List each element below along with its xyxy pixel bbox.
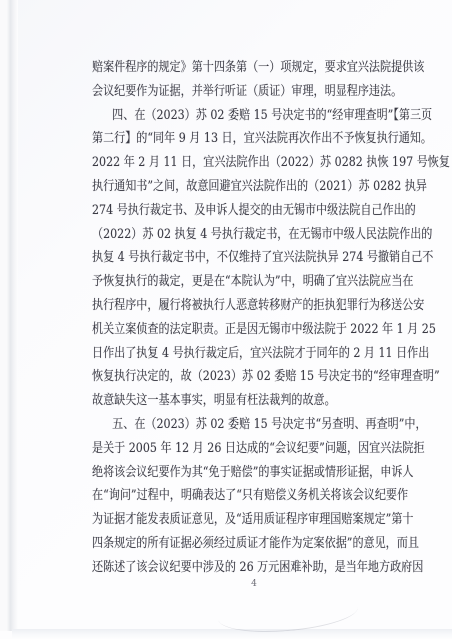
text-line: 会议纪要作为证据，并举行听证（质证）审理，明显程序违法。 (92, 80, 378, 104)
text-line: 日作出了执复 4 号执行裁定后，宜兴法院才于同年的 2 月 11 日作出 (92, 342, 378, 366)
text-line: 2022 年 2 月 11 日，宜兴法院作出（2022）苏 0282 执恢 19… (92, 151, 378, 175)
text-line: 执复 4 号执行裁定书中，不仅维持了宜兴法院执异 274 号撤销自己不 (92, 246, 378, 270)
text-line: 四条规定的所有证据必须经过质证才能作为定案依据”的意见，而且 (92, 532, 378, 556)
text-line: 还陈述了该会议纪要中涉及的 26 万元困难补助，是当年地方政府因 (92, 556, 378, 580)
text-line: 绝将该会议纪要作为其“免于赔偿”的事实证据或情形证据，申诉人 (92, 461, 378, 485)
text-line: 274 号执行裁定书、及申诉人提交的由无锡市中级法院自己作出的 (92, 199, 378, 223)
text-line: 恢复执行决定的，故（2023）苏 02 委赔 15 号决定书的“经审理查明” (92, 365, 378, 389)
text-line: 在“询问”过程中，明确表达了“只有赔偿义务机关将该会议纪要作 (92, 484, 378, 508)
text-line: 执行程序中，履行将被执行人恶意转移财产的拒执犯罪行为移送公安 (92, 294, 378, 318)
text-line-paragraph-start: 四、在（2023）苏 02 委赔 15 号决定书的“经审理查明”【第三页 (92, 104, 378, 128)
text-line: （2022）苏 02 执复 4 号执行裁定书，在无锡市中级人民法院作出的 (92, 223, 378, 247)
text-line: 予恢复执行的裁定，更是在“本院认为”中，明确了宜兴法院应当在 (92, 270, 378, 294)
text-line: 赔案件程序的规定》第十四条第（一）项规定，要求宜兴法院提供该 (92, 56, 378, 80)
page-bottom-edge (12, 629, 452, 639)
scanned-page: 赔案件程序的规定》第十四条第（一）项规定，要求宜兴法院提供该 会议纪要作为证据，… (0, 0, 452, 630)
text-line: 第二行】的“同年 9 月 13 日，宜兴法院再次作出不予恢复执行通知。 (92, 127, 378, 151)
page-fold-left-edge (0, 0, 18, 631)
document-text-block: 赔案件程序的规定》第十四条第（一）项规定，要求宜兴法院提供该 会议纪要作为证据，… (92, 56, 432, 580)
text-line-paragraph-start: 五、在（2023）苏 02 委赔 15 号决定书“另查明、再查明”中， (92, 413, 378, 437)
text-line: 机关立案侦查的法定职责。正是因无锡市中级法院于 2022 年 1 月 25 (92, 318, 378, 342)
text-line: 执行通知书”之间，故意回避宜兴法院作出的（2021）苏 0282 执异 (92, 175, 378, 199)
text-line: 为证据才能发表质证意见，及“适用质证程序审理国赔案规定”第十 (92, 508, 378, 532)
page-number: 4 (92, 579, 416, 589)
text-line: 故意缺失这一基本事实，明显有枉法裁判的故意。 (92, 389, 378, 413)
text-line: 是关于 2005 年 12 月 26 日达成的“会议纪要”问题，因宜兴法院拒 (92, 437, 378, 461)
